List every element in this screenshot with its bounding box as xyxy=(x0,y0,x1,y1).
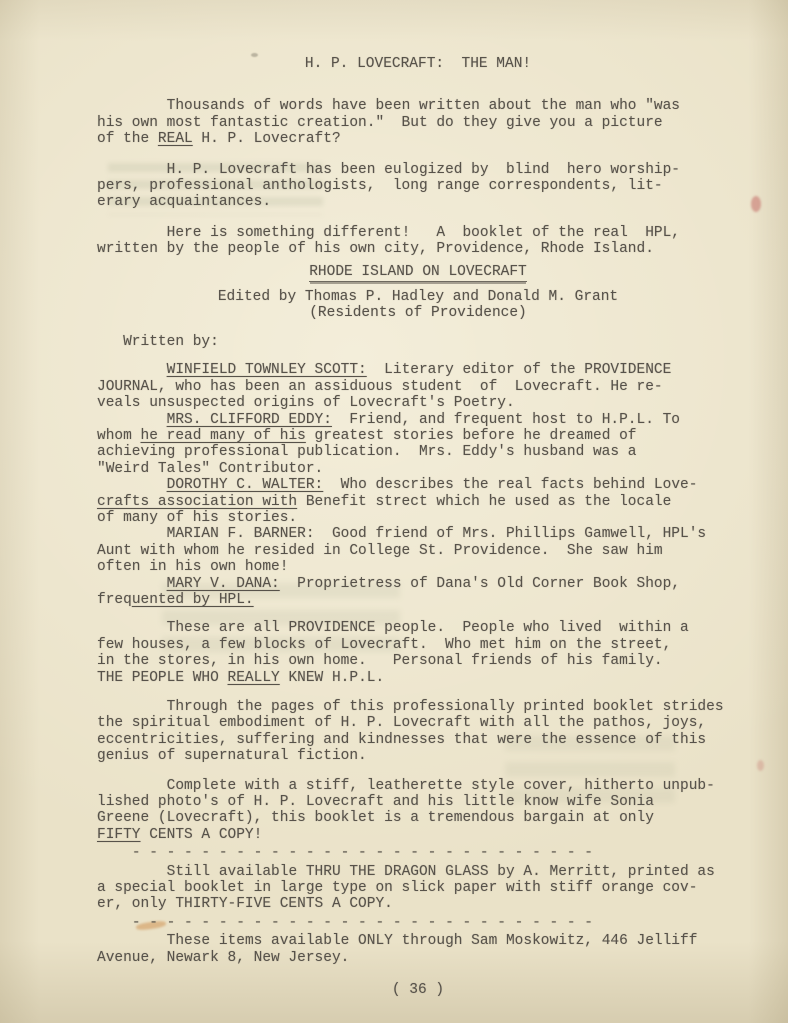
contributor-barner: MARIAN F. BARNER: Good friend of Mrs. Ph… xyxy=(97,526,739,575)
text-segment xyxy=(97,576,167,592)
para-something-different: Here is something different! A booklet o… xyxy=(97,225,739,258)
text-segment: H. P. Lovecraft has been eulogized by bl… xyxy=(97,162,680,211)
text-segment: H. P. LOVECRAFT: THE MAN! xyxy=(305,56,531,72)
para-providence-people: These are all PROVIDENCE people. People … xyxy=(97,620,739,686)
para-ordering-info: These items available ONLY through Sam M… xyxy=(97,933,739,966)
text-segment: Here is something different! A booklet o… xyxy=(97,225,680,257)
page-number: ( 36 ) xyxy=(97,982,739,998)
text-segment: These items available ONLY through Sam M… xyxy=(97,933,697,965)
booklet-title-heading: RHODE ISLAND ON LOVECRAFT xyxy=(97,264,739,280)
text-segment: - - - - - - - - - - - - - - - - - - - - … xyxy=(97,845,593,861)
underlined-text: he read many of his xyxy=(141,428,306,444)
para-intro: Thousands of words have been written abo… xyxy=(97,98,739,147)
para-through-pages: Through the pages of this professionally… xyxy=(97,699,739,765)
text-segment: MARIAN F. BARNER: Good friend of Mrs. Ph… xyxy=(97,526,706,575)
underlined-text: MRS. CLIFFORD EDDY: xyxy=(167,412,332,428)
underlined-text: WINFIELD TOWNLEY SCOTT: xyxy=(167,362,367,378)
page-title: H. P. LOVECRAFT: THE MAN! xyxy=(97,56,739,72)
text-segment xyxy=(97,477,167,493)
red-stain xyxy=(757,760,764,771)
credit-editors: Edited by Thomas P. Hadley and Donald M.… xyxy=(97,289,739,322)
text-segment: Written by: xyxy=(97,334,219,350)
underlined-text: REAL xyxy=(158,131,193,147)
underlined-text: MARY V. DANA: xyxy=(167,576,280,592)
text-segment: These are all PROVIDENCE people. People … xyxy=(97,620,689,685)
text-segment: Still available THRU THE DRAGON GLASS by… xyxy=(97,864,715,913)
contributor-dana: MARY V. DANA: Proprietress of Dana's Old… xyxy=(97,576,739,609)
text-segment xyxy=(97,362,167,378)
underlined-text: FIFTY xyxy=(97,827,141,843)
separator-dashes-2: - - - - - - - - - - - - - - - - - - - - … xyxy=(97,915,739,931)
text-segment: Through the pages of this professionally… xyxy=(97,699,724,764)
text-segment: CENTS A COPY! xyxy=(141,827,263,843)
text-segment: H. P. Lovecraft? xyxy=(193,131,341,147)
para-eulogized: H. P. Lovecraft has been eulogized by bl… xyxy=(97,162,739,211)
contributor-eddy: MRS. CLIFFORD EDDY: Friend, and frequent… xyxy=(97,412,739,478)
contributor-scott: WINFIELD TOWNLEY SCOTT: Literary editor … xyxy=(97,362,739,411)
paper-page: H. P. LOVECRAFT: THE MAN! Thousands of w… xyxy=(0,0,788,1023)
text-segment: - - - - - - - - - - - - - - - - - - - - … xyxy=(97,915,593,931)
text-segment: Complete with a stiff, leatherette style… xyxy=(97,778,715,827)
text-segment: Edited by Thomas P. Hadley and Donald M.… xyxy=(218,289,618,321)
written-by-label: Written by: xyxy=(97,334,739,350)
text-segment: ( 36 ) xyxy=(392,982,444,998)
underlined-text: REALLY xyxy=(228,670,280,686)
underlined-text: uented by HPL. xyxy=(132,592,254,608)
underlined-text: crafts association with xyxy=(97,494,297,510)
separator-dashes-1: - - - - - - - - - - - - - - - - - - - - … xyxy=(97,845,739,861)
text-segment: Who describes the real facts behind Love… xyxy=(323,477,697,493)
red-stain xyxy=(751,196,761,212)
heading-underlined-text: RHODE ISLAND ON LOVECRAFT xyxy=(309,264,527,282)
underlined-text: DOROTHY C. WALTER: xyxy=(167,477,324,493)
para-complete-cover: Complete with a stiff, leatherette style… xyxy=(97,778,739,844)
para-dragon-glass: Still available THRU THE DRAGON GLASS by… xyxy=(97,864,739,913)
text-segment xyxy=(97,412,167,428)
contributor-walter: DOROTHY C. WALTER: Who describes the rea… xyxy=(97,477,739,526)
text-segment: KNEW H.P.L. xyxy=(280,670,384,686)
document-body: H. P. LOVECRAFT: THE MAN! Thousands of w… xyxy=(97,56,739,999)
